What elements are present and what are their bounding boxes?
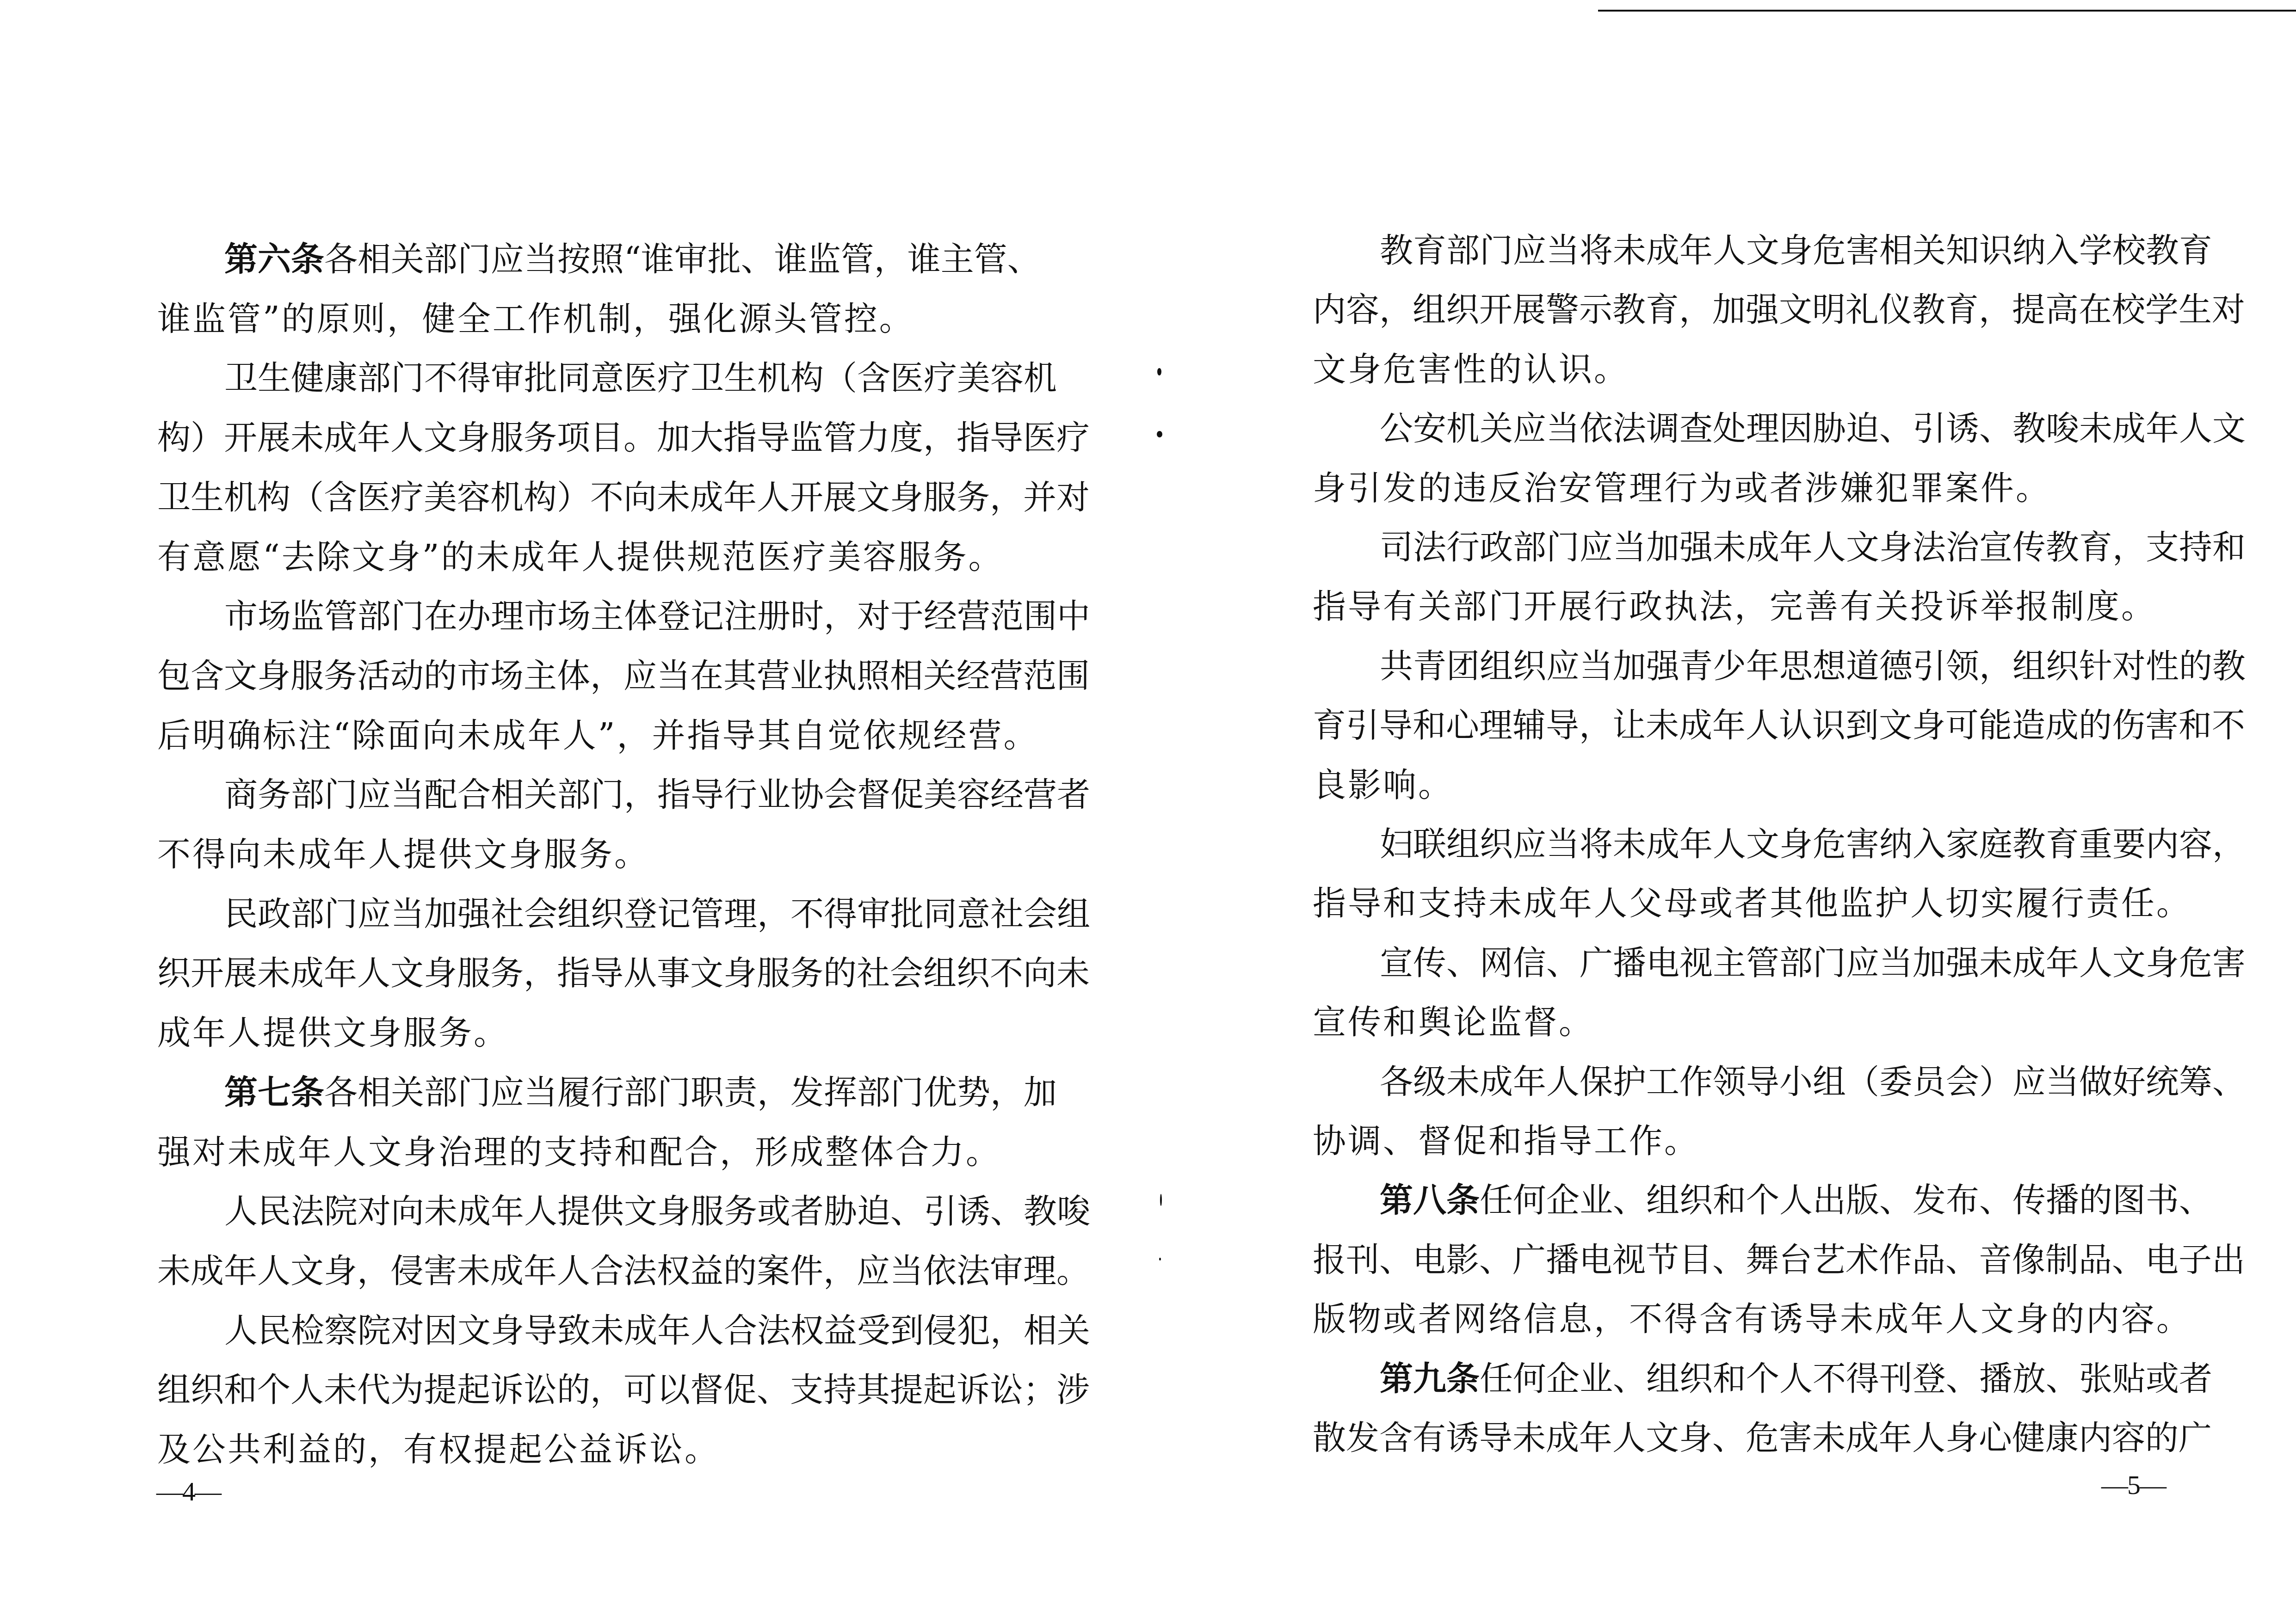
text-line: 强对未成年人文身治理的支持和配合，形成整体合力。 — [157, 1131, 1022, 1173]
left-page: 第六条各相关部门应当按照“谁审批、谁监管，谁主管、谁监管”的原则，健全工作机制，… — [157, 0, 1022, 1623]
line-text: 卫生机构（含医疗美容机构）不向未成年人开展文身服务，并对 — [157, 478, 1090, 516]
scan-speck — [1157, 431, 1162, 437]
text-line: 谁监管”的原则，健全工作机制，强化源头管控。 — [157, 298, 1022, 339]
text-line: 组织和个人未代为提起诉讼的，可以督促、支持其提起诉讼；涉 — [157, 1369, 1022, 1410]
text-line: 卫生健康部门不得审批同意医疗卫生机构（含医疗美容机 — [224, 357, 1022, 399]
article-heading: 第七条 — [224, 1071, 324, 1113]
line-text: 任何企业、组织和个人出版、发布、传播的图书、 — [1480, 1179, 2212, 1221]
text-line: 良影响。 — [1313, 764, 2169, 805]
line-text: 教育部门应当将未成年人文身危害相关知识纳入学校教育 — [1380, 231, 2212, 270]
line-text: 织开展未成年人文身服务，指导从事文身服务的社会组织不向未 — [157, 953, 1090, 992]
text-line: 散发含有诱导未成年人文身、危害未成年人身心健康内容的广 — [1313, 1417, 2169, 1458]
line-text: 身引发的违反治安管理行为或者涉嫌犯罪案件。 — [1313, 468, 2051, 507]
text-line: 育引导和心理辅导，让未成年人认识到文身可能造成的伤害和不 — [1313, 704, 2169, 746]
text-line: 及公共利益的，有权提起公益诉讼。 — [157, 1428, 1022, 1470]
text-line: 妇联组织应当将未成年人文身危害纳入家庭教育重要内容， — [1380, 823, 2169, 865]
line-text: 指导和支持未成年人父母或者其他监护人切实履行责任。 — [1313, 884, 2191, 922]
text-line: 织开展未成年人文身服务，指导从事文身服务的社会组织不向未 — [157, 952, 1022, 994]
line-text: 散发含有诱导未成年人文身、危害未成年人身心健康内容的广 — [1313, 1418, 2212, 1457]
line-text: 及公共利益的，有权提起公益诉讼。 — [157, 1430, 720, 1469]
text-line: 司法行政部门应当加强未成年人文身法治宣传教育，支持和 — [1380, 526, 2169, 568]
scan-speck — [1160, 1194, 1162, 1206]
line-text: 商务部门应当配合相关部门，指导行业协会督促美容经营者 — [224, 775, 1090, 814]
text-line: 公安机关应当依法调查处理因胁迫、引诱、教唆未成年人文 — [1380, 407, 2169, 449]
page-number-left: —4— — [156, 1476, 221, 1507]
line-text: 各相关部门应当履行部门职责，发挥部门优势，加 — [324, 1071, 1057, 1113]
line-text: 谁监管”的原则，健全工作机制，强化源头管控。 — [157, 299, 914, 338]
line-text: 未成年人文身，侵害未成年人合法权益的案件，应当依法审理。 — [157, 1251, 1090, 1290]
line-text: 协调、督促和指导工作。 — [1313, 1121, 1699, 1160]
text-line: 构）开展未成年人文身服务项目。加大指导监管力度，指导医疗 — [157, 417, 1022, 458]
line-text: 内容，组织开展警示教育，加强文明礼仪教育，提高在校学生对 — [1313, 290, 2245, 329]
line-text: 育引导和心理辅导，让未成年人认识到文身可能造成的伤害和不 — [1313, 706, 2245, 744]
text-line: 包含文身服务活动的市场主体，应当在其营业执照相关经营范围 — [157, 655, 1022, 696]
line-text: 有意愿“去除文身”的未成年人提供规范医疗美容服务。 — [157, 537, 1004, 576]
line-text: 公安机关应当依法调查处理因胁迫、引诱、教唆未成年人文 — [1380, 409, 2246, 448]
line-text: 人民法院对向未成年人提供文身服务或者胁迫、引诱、教唆 — [224, 1192, 1090, 1230]
line-text: 市场监管部门在办理市场主体登记注册时，对于经营范围中 — [224, 596, 1090, 635]
text-line: 人民检察院对因文身导致未成年人合法权益受到侵犯，相关 — [224, 1309, 1022, 1351]
right-page: 教育部门应当将未成年人文身危害相关知识纳入学校教育内容，组织开展警示教育，加强文… — [1313, 0, 2169, 1623]
line-text: 卫生健康部门不得审批同意医疗卫生机构（含医疗美容机 — [224, 358, 1057, 397]
text-line: 各级未成年人保护工作领导小组（委员会）应当做好统筹、 — [1380, 1061, 2169, 1102]
text-line: 未成年人文身，侵害未成年人合法权益的案件，应当依法审理。 — [157, 1250, 1022, 1291]
text-line: 商务部门应当配合相关部门，指导行业协会督促美容经营者 — [224, 774, 1022, 815]
line-text: 构）开展未成年人文身服务项目。加大指导监管力度，指导医疗 — [157, 418, 1090, 457]
line-text: 宣传和舆论监督。 — [1313, 1002, 1594, 1041]
text-line: 市场监管部门在办理市场主体登记注册时，对于经营范围中 — [224, 595, 1022, 637]
line-text: 妇联组织应当将未成年人文身危害纳入家庭教育重要内容， — [1380, 824, 2246, 863]
scan-speck — [1157, 368, 1161, 375]
line-text: 民政部门应当加强社会组织登记管理，不得审批同意社会组 — [224, 894, 1090, 933]
text-line: 民政部门应当加强社会组织登记管理，不得审批同意社会组 — [224, 893, 1022, 934]
text-line: 指导和支持未成年人父母或者其他监护人切实履行责任。 — [1313, 882, 2169, 924]
line-text: 不得向未成年人提供文身服务。 — [157, 835, 649, 873]
text-line: 内容，组织开展警示教育，加强文明礼仪教育，提高在校学生对 — [1313, 289, 2169, 330]
article-line: 第八条任何企业、组织和个人出版、发布、传播的图书、 — [1380, 1179, 2169, 1221]
article-line: 第六条各相关部门应当按照“谁审批、谁监管，谁主管、 — [224, 238, 1022, 280]
page-number-right: —5— — [2101, 1469, 2166, 1500]
text-line: 宣传、网信、广播电视主管部门应当加强未成年人文身危害 — [1380, 942, 2169, 984]
text-line: 指导有关部门开展行政执法，完善有关投诉举报制度。 — [1313, 585, 2169, 627]
text-line: 不得向未成年人提供文身服务。 — [157, 833, 1022, 875]
line-text: 指导有关部门开展行政执法，完善有关投诉举报制度。 — [1313, 587, 2156, 626]
text-line: 有意愿“去除文身”的未成年人提供规范医疗美容服务。 — [157, 536, 1022, 578]
text-line: 版物或者网络信息，不得含有诱导未成年人文身的内容。 — [1313, 1298, 2169, 1340]
text-line: 教育部门应当将未成年人文身危害相关知识纳入学校教育 — [1380, 229, 2169, 271]
line-text: 各级未成年人保护工作领导小组（委员会）应当做好统筹、 — [1380, 1062, 2246, 1101]
line-text: 人民检察院对因文身导致未成年人合法权益受到侵犯，相关 — [224, 1311, 1090, 1350]
line-text: 成年人提供文身服务。 — [157, 1013, 509, 1052]
line-text: 包含文身服务活动的市场主体，应当在其营业执照相关经营范围 — [157, 656, 1090, 695]
article-heading: 第九条 — [1380, 1358, 1480, 1399]
line-text: 各相关部门应当按照“谁审批、谁监管，谁主管、 — [324, 238, 1041, 280]
text-line: 卫生机构（含医疗美容机构）不向未成年人开展文身服务，并对 — [157, 476, 1022, 518]
text-line: 共青团组织应当加强青少年思想道德引领，组织针对性的教 — [1380, 645, 2169, 687]
article-line: 第七条各相关部门应当履行部门职责，发挥部门优势，加 — [224, 1071, 1022, 1113]
text-line: 协调、督促和指导工作。 — [1313, 1120, 2169, 1162]
text-line: 身引发的违反治安管理行为或者涉嫌犯罪案件。 — [1313, 467, 2169, 509]
text-line: 文身危害性的认识。 — [1313, 348, 2169, 390]
line-text: 版物或者网络信息，不得含有诱导未成年人文身的内容。 — [1313, 1299, 2191, 1338]
line-text: 宣传、网信、广播电视主管部门应当加强未成年人文身危害 — [1380, 943, 2246, 982]
text-line: 报刊、电影、广播电视节目、舞台艺术作品、音像制品、电子出 — [1313, 1239, 2169, 1280]
text-line: 宣传和舆论监督。 — [1313, 1001, 2169, 1043]
scan-speck — [1159, 1258, 1161, 1260]
line-text: 组织和个人未代为提起诉讼的，可以督促、支持其提起诉讼；涉 — [157, 1370, 1090, 1409]
line-text: 司法行政部门应当加强未成年人文身法治宣传教育，支持和 — [1380, 528, 2246, 566]
line-text: 良影响。 — [1313, 765, 1453, 804]
line-text: 文身危害性的认识。 — [1313, 350, 1629, 388]
line-text: 强对未成年人文身治理的支持和配合，形成整体合力。 — [157, 1132, 1001, 1171]
article-heading: 第六条 — [224, 238, 324, 280]
article-line: 第九条任何企业、组织和个人不得刊登、播放、张贴或者 — [1380, 1358, 2169, 1399]
line-text: 共青团组织应当加强青少年思想道德引领，组织针对性的教 — [1380, 646, 2246, 685]
line-text: 后明确标注“除面向未成年人”，并指导其自觉依规经营。 — [157, 716, 1039, 755]
text-line: 后明确标注“除面向未成年人”，并指导其自觉依规经营。 — [157, 714, 1022, 756]
text-line: 人民法院对向未成年人提供文身服务或者胁迫、引诱、教唆 — [224, 1190, 1022, 1232]
line-text: 报刊、电影、广播电视节目、舞台艺术作品、音像制品、电子出 — [1313, 1240, 2245, 1279]
article-heading: 第八条 — [1380, 1179, 1480, 1221]
line-text: 任何企业、组织和个人不得刊登、播放、张贴或者 — [1480, 1358, 2212, 1399]
text-line: 成年人提供文身服务。 — [157, 1012, 1022, 1053]
